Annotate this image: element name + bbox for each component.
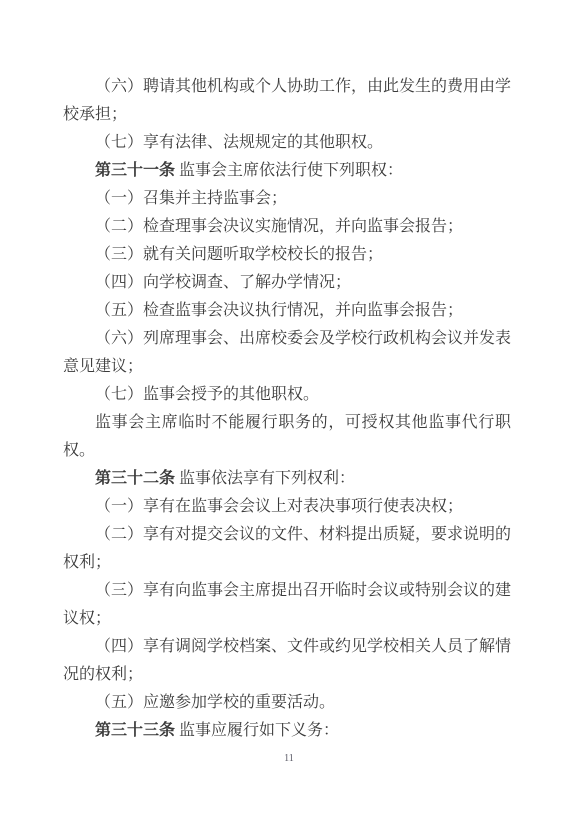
paragraph-text: （七）监事会授予的其他职权。 bbox=[95, 386, 319, 403]
paragraph: （四）享有调阅学校档案、文件或约见学校相关人员了解情况的权利； bbox=[63, 633, 511, 689]
paragraph-text: （四）享有调阅学校档案、文件或约见学校相关人员了解情况的权利； bbox=[63, 638, 511, 683]
paragraph: （一）召集并主持监事会； bbox=[63, 185, 511, 213]
paragraph-text: （二）检查理事会决议实施情况，并向监事会报告； bbox=[95, 218, 463, 235]
paragraph-text: （二）享有对提交会议的文件、材料提出质疑，要求说明的权利； bbox=[63, 526, 511, 571]
page-number: 11 bbox=[0, 752, 578, 766]
paragraph-text: （三）就有关问题听取学校校长的报告； bbox=[95, 246, 383, 263]
paragraph-text: （三）享有向监事会主席提出召开临时会议或特别会议的建议权； bbox=[63, 582, 511, 627]
article-number: 第三十三条 bbox=[95, 722, 175, 739]
paragraph: （三）就有关问题听取学校校长的报告； bbox=[63, 241, 511, 269]
paragraph: 第三十二条 监事依法享有下列权利： bbox=[63, 465, 511, 493]
paragraph: （七）监事会授予的其他职权。 bbox=[63, 381, 511, 409]
article-number: 第三十二条 bbox=[95, 470, 175, 487]
paragraph: （一）享有在监事会会议上对表决事项行使表决权； bbox=[63, 493, 511, 521]
paragraph: （二）检查理事会决议实施情况，并向监事会报告； bbox=[63, 213, 511, 241]
paragraph-text: （一）召集并主持监事会； bbox=[95, 190, 287, 207]
article-number: 第三十一条 bbox=[95, 162, 175, 179]
paragraph-text: （一）享有在监事会会议上对表决事项行使表决权； bbox=[95, 498, 463, 515]
paragraph: （二）享有对提交会议的文件、材料提出质疑，要求说明的权利； bbox=[63, 521, 511, 577]
paragraph: 监事会主席临时不能履行职务的，可授权其他监事代行职权。 bbox=[63, 409, 511, 465]
paragraph: 第三十三条 监事应履行如下义务： bbox=[63, 717, 511, 745]
paragraph-text: （五）应邀参加学校的重要活动。 bbox=[95, 694, 335, 711]
paragraph: （四）向学校调查、了解办学情况； bbox=[63, 269, 511, 297]
paragraph: （五）检查监事会决议执行情况，并向监事会报告； bbox=[63, 297, 511, 325]
paragraph-text: 监事依法享有下列权利： bbox=[179, 470, 355, 487]
paragraph: （五）应邀参加学校的重要活动。 bbox=[63, 689, 511, 717]
paragraph-text: 监事会主席临时不能履行职务的，可授权其他监事代行职权。 bbox=[63, 414, 511, 459]
paragraph-text: 监事应履行如下义务： bbox=[179, 722, 339, 739]
paragraph: （六）聘请其他机构或个人协助工作，由此发生的费用由学校承担； bbox=[63, 73, 511, 129]
paragraph: 第三十一条 监事会主席依法行使下列职权： bbox=[63, 157, 511, 185]
paragraph: （七）享有法律、法规规定的其他职权。 bbox=[63, 129, 511, 157]
paragraph-text: 监事会主席依法行使下列职权： bbox=[179, 162, 403, 179]
document-body: （六）聘请其他机构或个人协助工作，由此发生的费用由学校承担；（七）享有法律、法规… bbox=[63, 73, 511, 745]
paragraph-text: （七）享有法律、法规规定的其他职权。 bbox=[95, 134, 383, 151]
paragraph: （六）列席理事会、出席校委会及学校行政机构会议并发表意见建议； bbox=[63, 325, 511, 381]
paragraph-text: （六）列席理事会、出席校委会及学校行政机构会议并发表意见建议； bbox=[63, 330, 511, 375]
paragraph-text: （五）检查监事会决议执行情况，并向监事会报告； bbox=[95, 302, 463, 319]
paragraph-text: （六）聘请其他机构或个人协助工作，由此发生的费用由学校承担； bbox=[63, 78, 511, 123]
paragraph-text: （四）向学校调查、了解办学情况； bbox=[95, 274, 351, 291]
document-page: （六）聘请其他机构或个人协助工作，由此发生的费用由学校承担；（七）享有法律、法规… bbox=[0, 0, 578, 824]
paragraph: （三）享有向监事会主席提出召开临时会议或特别会议的建议权； bbox=[63, 577, 511, 633]
